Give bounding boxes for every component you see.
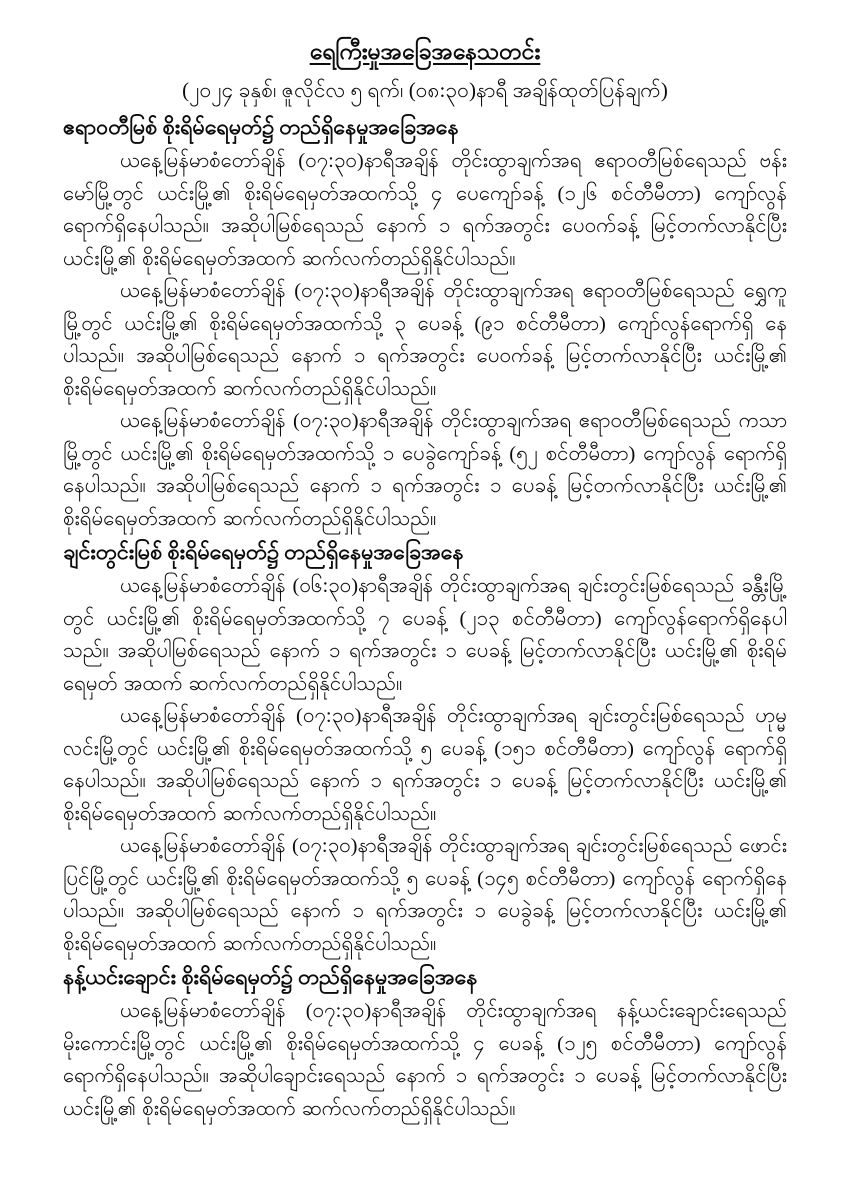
paragraph-mogaung: ယနေ့မြန်မာစံတော်ချိန် (၀၇:၃၀)နာရီအချိန် … (63, 995, 787, 1125)
paragraph-bhamo: ယနေ့မြန်မာစံတော်ချိန် (၀၇:၃၀)နာရီအချိန် … (63, 145, 787, 275)
paragraph-khamti: ယနေ့မြန်မာစံတော်ချိန် (၀၆:၃၀)နာရီအချိန် … (63, 570, 787, 700)
document-page: ရေကြီးမှုအခြေအနေသတင်း (၂၀၂၄ ခုနှစ်၊ ဇူလိ… (0, 0, 849, 1200)
section-ayeyarwady-river: ဧရာဝတီမြစ် စိုးရိမ်ရေမှတ်၌ တည်ရှိနေမှုအခ… (63, 110, 787, 535)
section-chindwin-river: ချင်းတွင်းမြစ် စိုးရိမ်ရေမှတ်၌ တည်ရှိနေမ… (63, 535, 787, 960)
document-title: ရေကြီးမှုအခြေအနေသတင်း (63, 36, 787, 67)
paragraph-phaungbyin: ယနေ့မြန်မာစံတော်ချိန် (၀၇:၃၀)နာရီအချိန် … (63, 830, 787, 960)
document-subtitle: (၂၀၂၄ ခုနှစ်၊ ဇူလိုင်လ ၅ ရက်၊ (၀၈:၃၀)နာရ… (63, 74, 787, 107)
section-nantyin-creek: နန့်ယင်းချောင်း စိုးရိမ်ရေမှတ်၌ တည်ရှိနေ… (63, 960, 787, 1125)
paragraph-katha: ယနေ့မြန်မာစံတော်ချိန် (၀၇:၃၀)နာရီအချိန် … (63, 405, 787, 535)
paragraph-shwegu: ယနေ့မြန်မာစံတော်ချိန် (၀၇:၃၀)နာရီအချိန် … (63, 275, 787, 405)
section-heading-ayeyarwady: ဧရာဝတီမြစ် စိုးရိမ်ရေမှတ်၌ တည်ရှိနေမှုအခ… (63, 110, 787, 145)
section-heading-chindwin: ချင်းတွင်းမြစ် စိုးရိမ်ရေမှတ်၌ တည်ရှိနေမ… (63, 535, 787, 570)
paragraph-homalin: ယနေ့မြန်မာစံတော်ချိန် (၀၇:၃၀)နာရီအချိန် … (63, 700, 787, 830)
section-heading-nantyin: နန့်ယင်းချောင်း စိုးရိမ်ရေမှတ်၌ တည်ရှိနေ… (63, 960, 787, 995)
